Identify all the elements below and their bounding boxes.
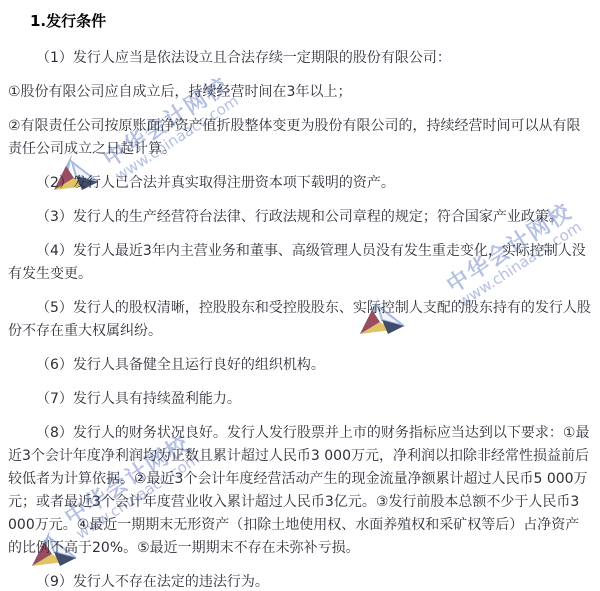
document-page: { "page": { "background": "#ffffff", "te… [0, 0, 600, 591]
paragraph-item-5: （5）发行人的股权清晰，控股股东和受控股股东、实际控制人支配的股东持有的发行人股… [8, 297, 592, 343]
page-title: 1.发行条件 [30, 10, 592, 33]
paragraph-item-9: （9）发行人不存在法定的违法行为。 [8, 571, 592, 591]
paragraph-item-1: （1）发行人应当是依法设立且合法存续一定期限的股份有限公司： [8, 47, 592, 70]
document-body: 1.发行条件 （1）发行人应当是依法设立且合法存续一定期限的股份有限公司： ①股… [0, 0, 600, 591]
paragraph-item-2: （2）发行人已合法并真实取得注册资本项下载明的资产。 [8, 172, 592, 195]
paragraph-item-6: （6）发行人具备健全且运行良好的组织机构。 [8, 354, 592, 377]
paragraph-sub-circle-1: ①股份有限公司应自成立后，持续经营时间在3年以上； [8, 81, 592, 104]
paragraph-item-3: （3）发行人的生产经营符台法律、行政法规和公司章程的规定；符合国家产业政策。 [8, 206, 592, 229]
paragraph-sub-circle-2: ②有限责任公司按原账面净资产值折股整体变更为股份有限公司的，持续经营时间可以从有… [8, 115, 592, 161]
paragraph-item-7: （7）发行人具有持续盈利能力。 [8, 388, 592, 411]
paragraph-item-4: （4）发行人最近3年内主营业务和董事、高级管理人员没有发生重走变化，实际控制人没… [8, 240, 592, 286]
paragraph-item-8: （8）发行人的财务状况良好。发行人发行股票并上市的财务指标应当达到以下要求：①最… [8, 422, 592, 560]
